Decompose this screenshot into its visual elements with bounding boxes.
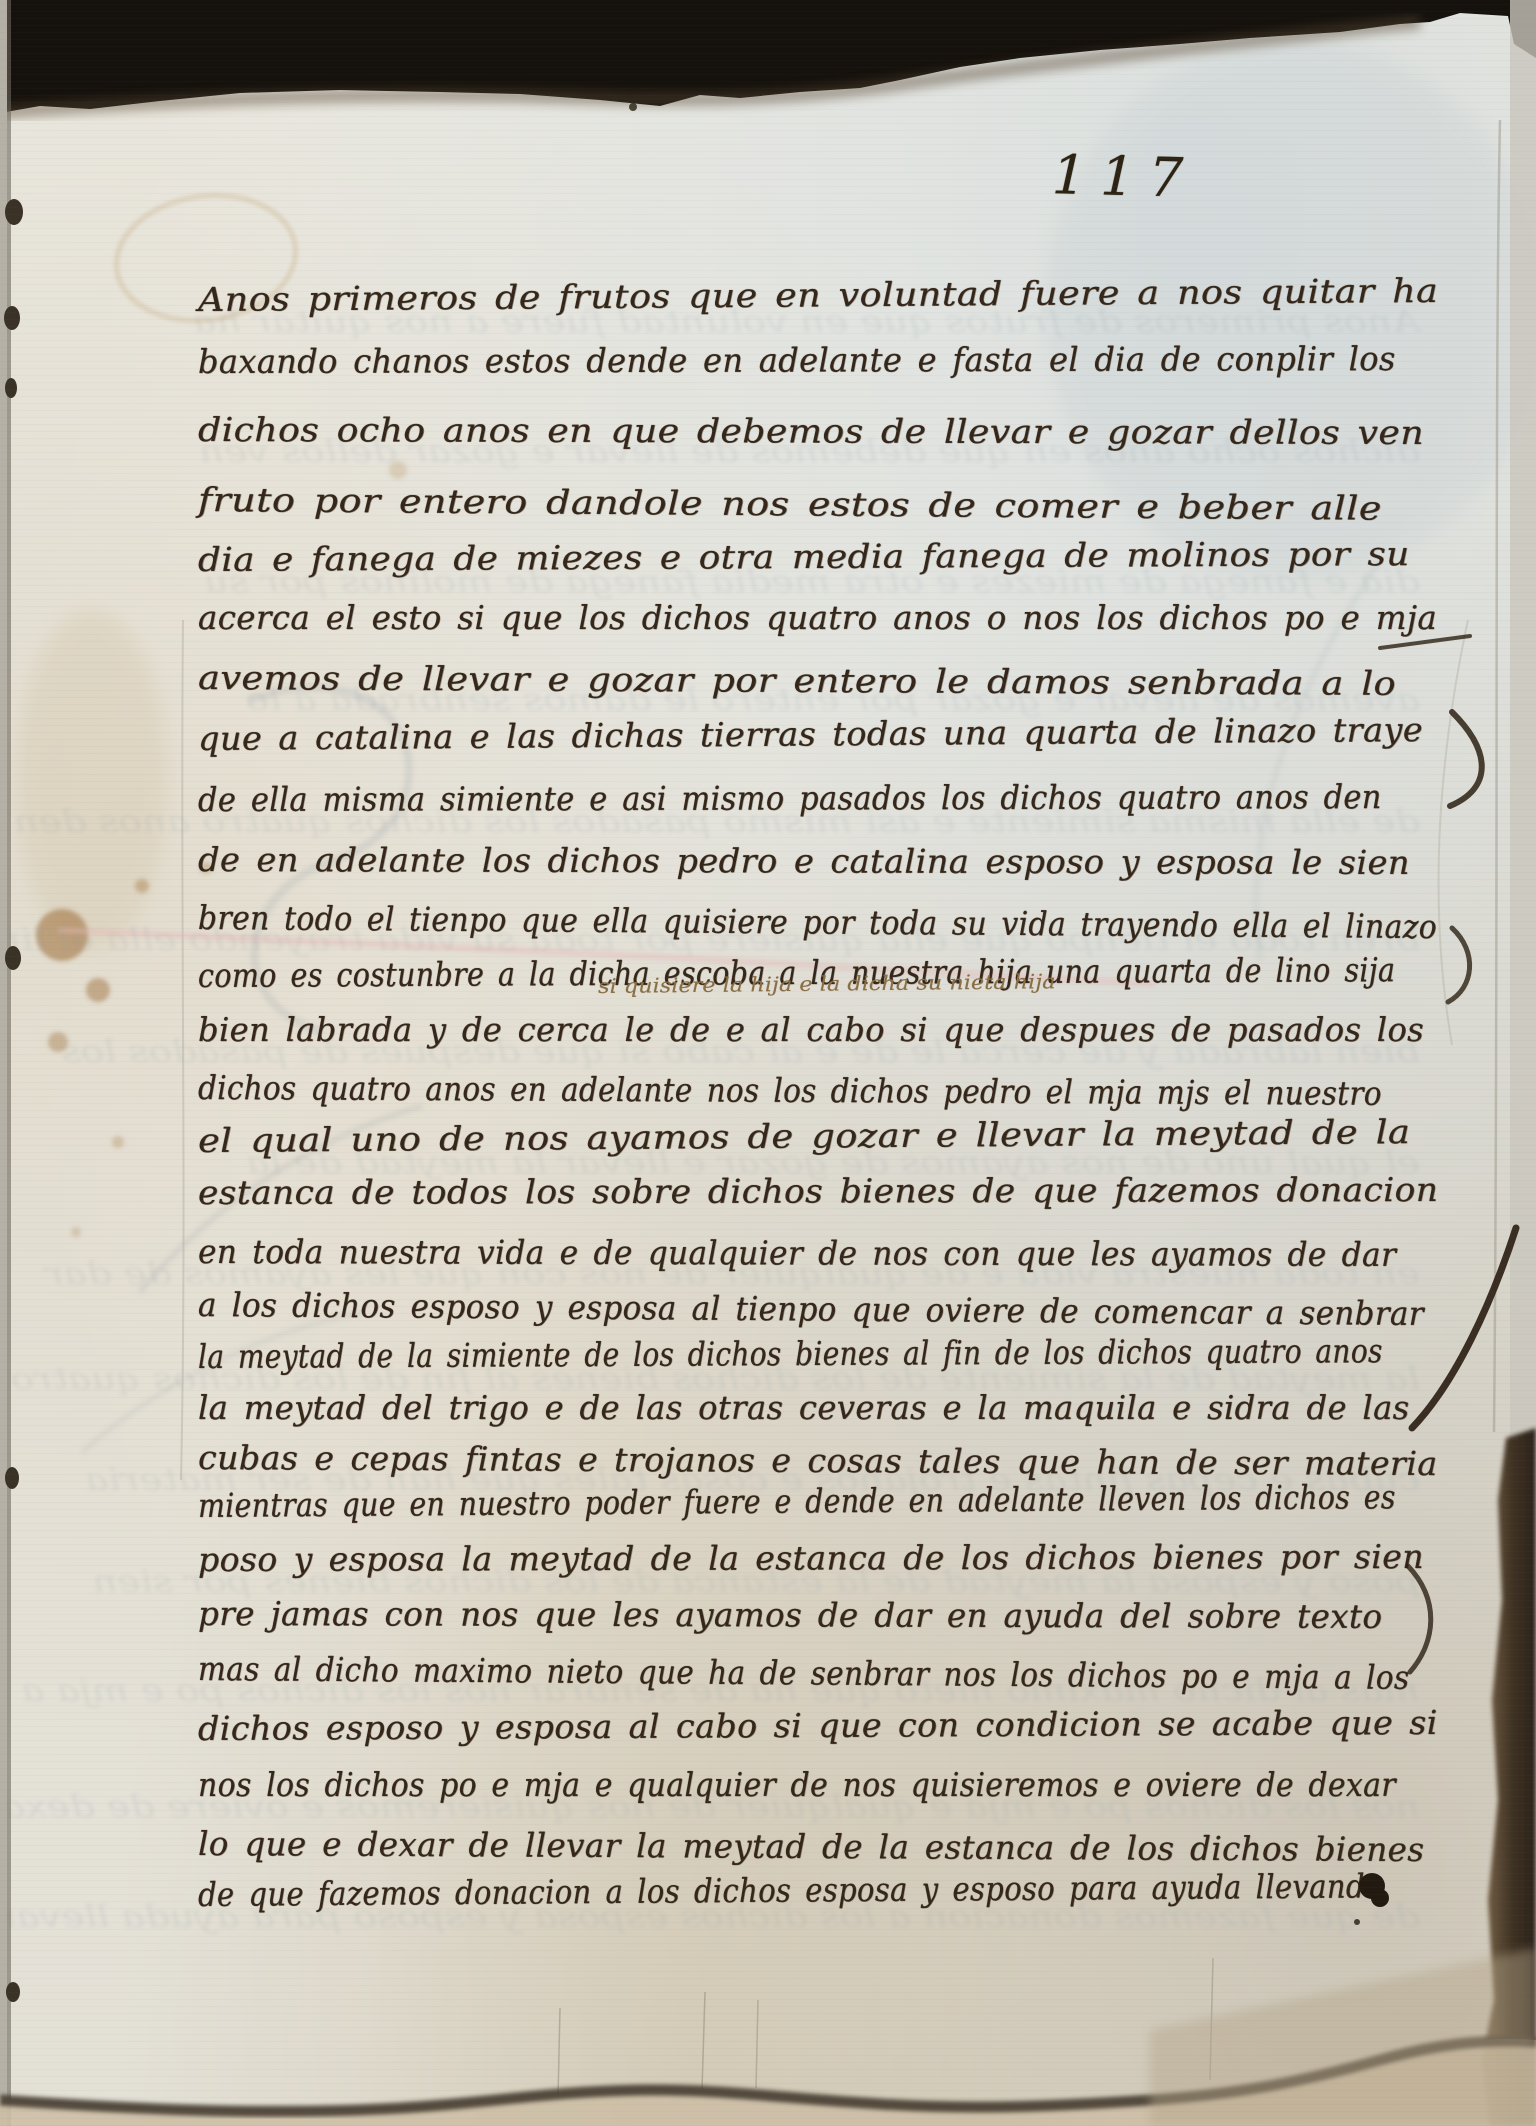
- ink-blot: [1354, 1873, 1389, 1925]
- manuscript-page-scan: Anos primeros de frutos que en voluntad …: [0, 0, 1536, 2126]
- bottom-right-stain: [1150, 1948, 1536, 2126]
- pen-flourishes: [1380, 636, 1516, 1672]
- right-page-edge: [1510, 0, 1536, 1440]
- page-edges-layer: [0, 0, 1536, 2126]
- small-ink-dot: [629, 103, 637, 111]
